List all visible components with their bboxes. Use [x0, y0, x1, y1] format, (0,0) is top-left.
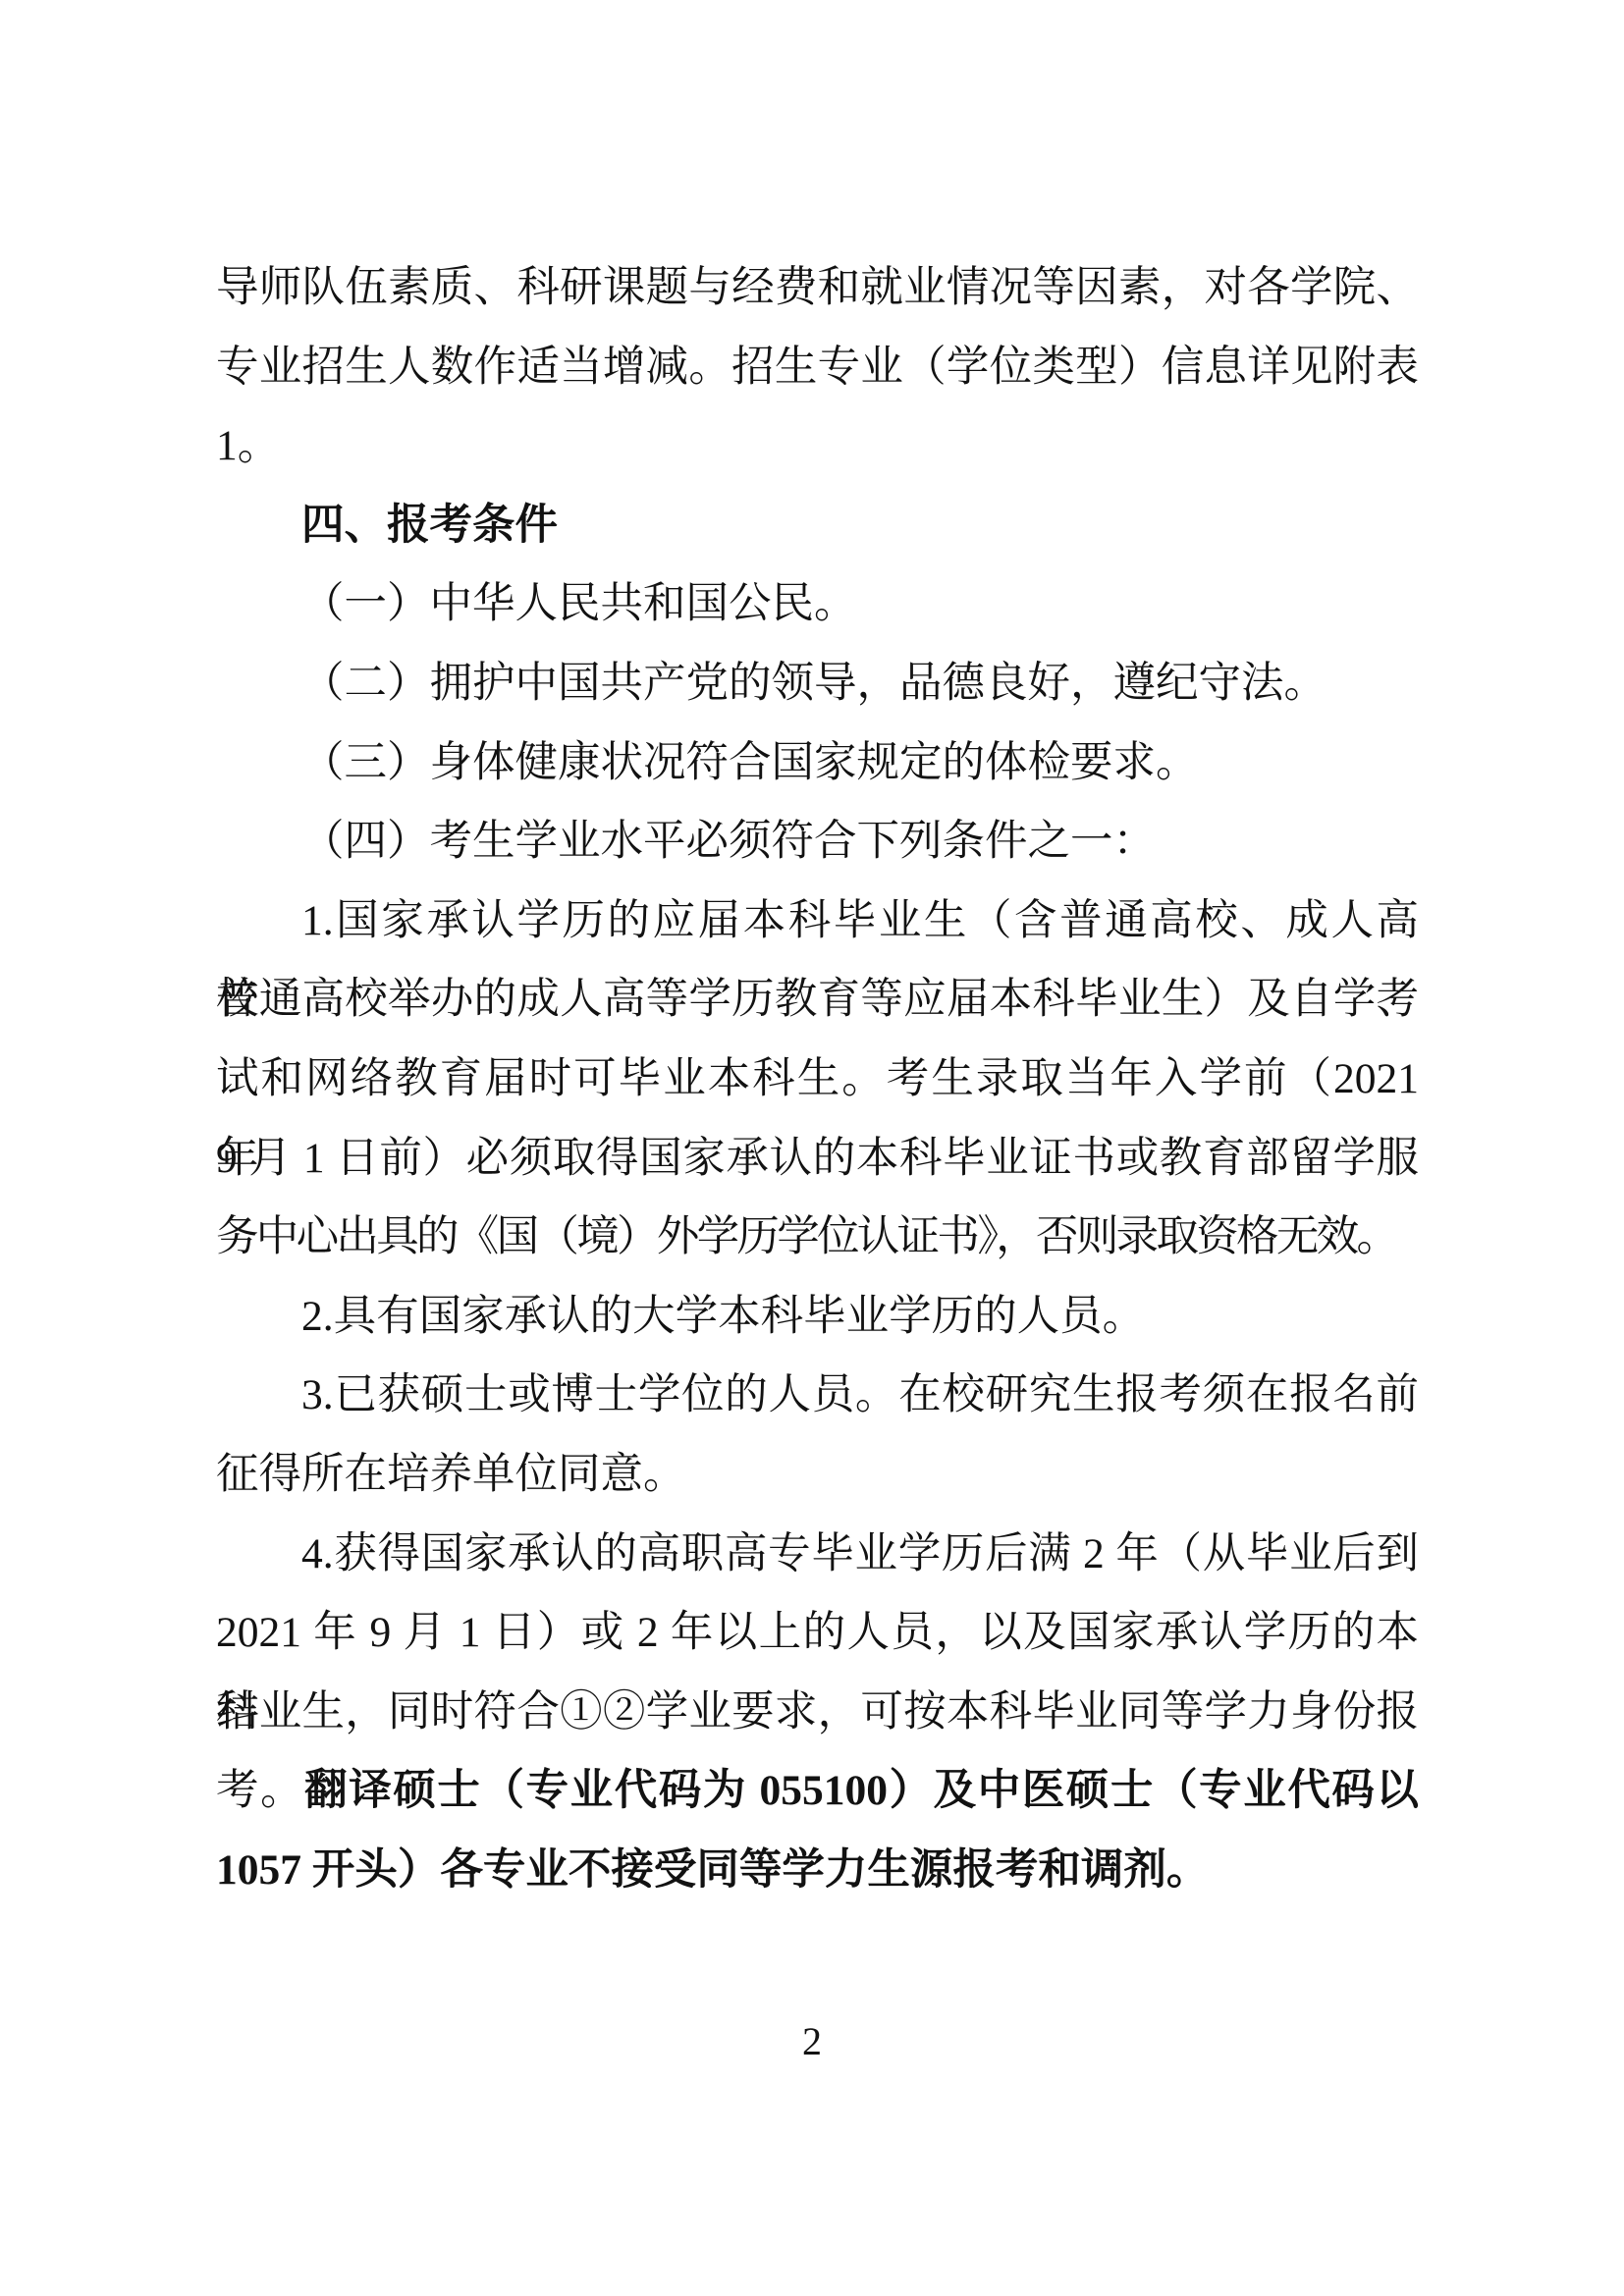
text-line: 试和网络教育届时可毕业本科生。考生录取当年入学前（2021 年 — [216, 1040, 1419, 1119]
body-text: （二）拥护中国共产党的领导，品德良好，遵纪守法。 — [301, 660, 1326, 707]
body-text: 征得所在培养单位同意。 — [216, 1451, 686, 1498]
text-line: 1.国家承认学历的应届本科毕业生（含普通高校、成人高校、 — [216, 881, 1419, 961]
text-line: 2.具有国家承认的大学本科毕业学历的人员。 — [216, 1277, 1419, 1357]
body-text: （三）身体健康状况符合国家规定的体检要求。 — [301, 739, 1199, 786]
text-line: 征得所在培养单位同意。 — [216, 1435, 1419, 1515]
body-text: 普通高校举办的成人高等学历教育等应届本科毕业生）及自学考 — [216, 976, 1419, 1023]
text-line: （二）拥护中国共产党的领导，品德良好，遵纪守法。 — [216, 644, 1419, 723]
document-body: 导师队伍素质、科研课题与经费和就业情况等因素，对各学院、专业招生人数作适当增减。… — [216, 248, 1419, 1909]
section-heading: 四、报考条件 — [216, 486, 1419, 565]
text-line: 专业招生人数作适当增减。招生专业（学位类型）信息详见附表 — [216, 328, 1419, 407]
text-line: 考。翻译硕士（专业代码为 055100）及中医硕士（专业代码以 — [216, 1751, 1419, 1831]
body-text: 考。 — [216, 1767, 304, 1814]
body-text: 9 月 1 日前）必须取得国家承认的本科毕业证书或教育部留学服 — [216, 1135, 1419, 1182]
text-line: 结业生，同时符合①②学业要求，可按本科毕业同等学力身份报 — [216, 1673, 1419, 1752]
text-line: 导师队伍素质、科研课题与经费和就业情况等因素，对各学院、 — [216, 248, 1419, 328]
body-text: 导师队伍素质、科研课题与经费和就业情况等因素，对各学院、 — [216, 264, 1419, 311]
body-text: 3.已获硕士或博士学位的人员。在校研究生报考须在报名前 — [301, 1371, 1419, 1418]
body-text: 4.获得国家承认的高职高专毕业学历后满 2 年（从毕业后到 — [301, 1530, 1419, 1577]
text-line: 9 月 1 日前）必须取得国家承认的本科毕业证书或教育部留学服 — [216, 1119, 1419, 1199]
text-line: （三）身体健康状况符合国家规定的体检要求。 — [216, 723, 1419, 803]
body-text: （四）考生学业水平必须符合下列条件之一： — [301, 818, 1156, 865]
body-text: 务中心出具的《国（境）外学历学位认证书》，否则录取资格无效。 — [216, 1213, 1396, 1260]
text-line: （一）中华人民共和国公民。 — [216, 564, 1419, 644]
bold-text: 翻译硕士（专业代码为 055100）及中医硕士（专业代码以 — [304, 1767, 1419, 1814]
text-line: 1057 开头）各专业不接受同等学力生源报考和调剂。 — [216, 1831, 1419, 1910]
document-page: 导师队伍素质、科研课题与经费和就业情况等因素，对各学院、专业招生人数作适当增减。… — [0, 0, 1624, 2296]
text-line: 2021 年 9 月 1 日）或 2 年以上的人员，以及国家承认学历的本科 — [216, 1593, 1419, 1673]
bold-text: 1057 开头）各专业不接受同等学力生源报考和调剂。 — [216, 1846, 1209, 1894]
body-text: （一）中华人民共和国公民。 — [301, 580, 857, 627]
bold-text: 四、报考条件 — [301, 502, 558, 549]
page-number: 2 — [0, 2020, 1624, 2063]
text-line: 务中心出具的《国（境）外学历学位认证书》，否则录取资格无效。 — [216, 1198, 1419, 1277]
text-line: （四）考生学业水平必须符合下列条件之一： — [216, 802, 1419, 881]
body-text: 1。 — [216, 422, 280, 469]
body-text: 专业招生人数作适当增减。招生专业（学位类型）信息详见附表 — [216, 344, 1419, 391]
body-text: 2.具有国家承认的大学本科毕业学历的人员。 — [301, 1293, 1145, 1340]
text-line: 4.获得国家承认的高职高专毕业学历后满 2 年（从毕业后到 — [216, 1515, 1419, 1594]
body-text: 结业生，同时符合①②学业要求，可按本科毕业同等学力身份报 — [216, 1688, 1419, 1735]
text-line: 3.已获硕士或博士学位的人员。在校研究生报考须在报名前 — [216, 1356, 1419, 1435]
text-line: 普通高校举办的成人高等学历教育等应届本科毕业生）及自学考 — [216, 960, 1419, 1040]
text-line: 1。 — [216, 406, 1419, 486]
